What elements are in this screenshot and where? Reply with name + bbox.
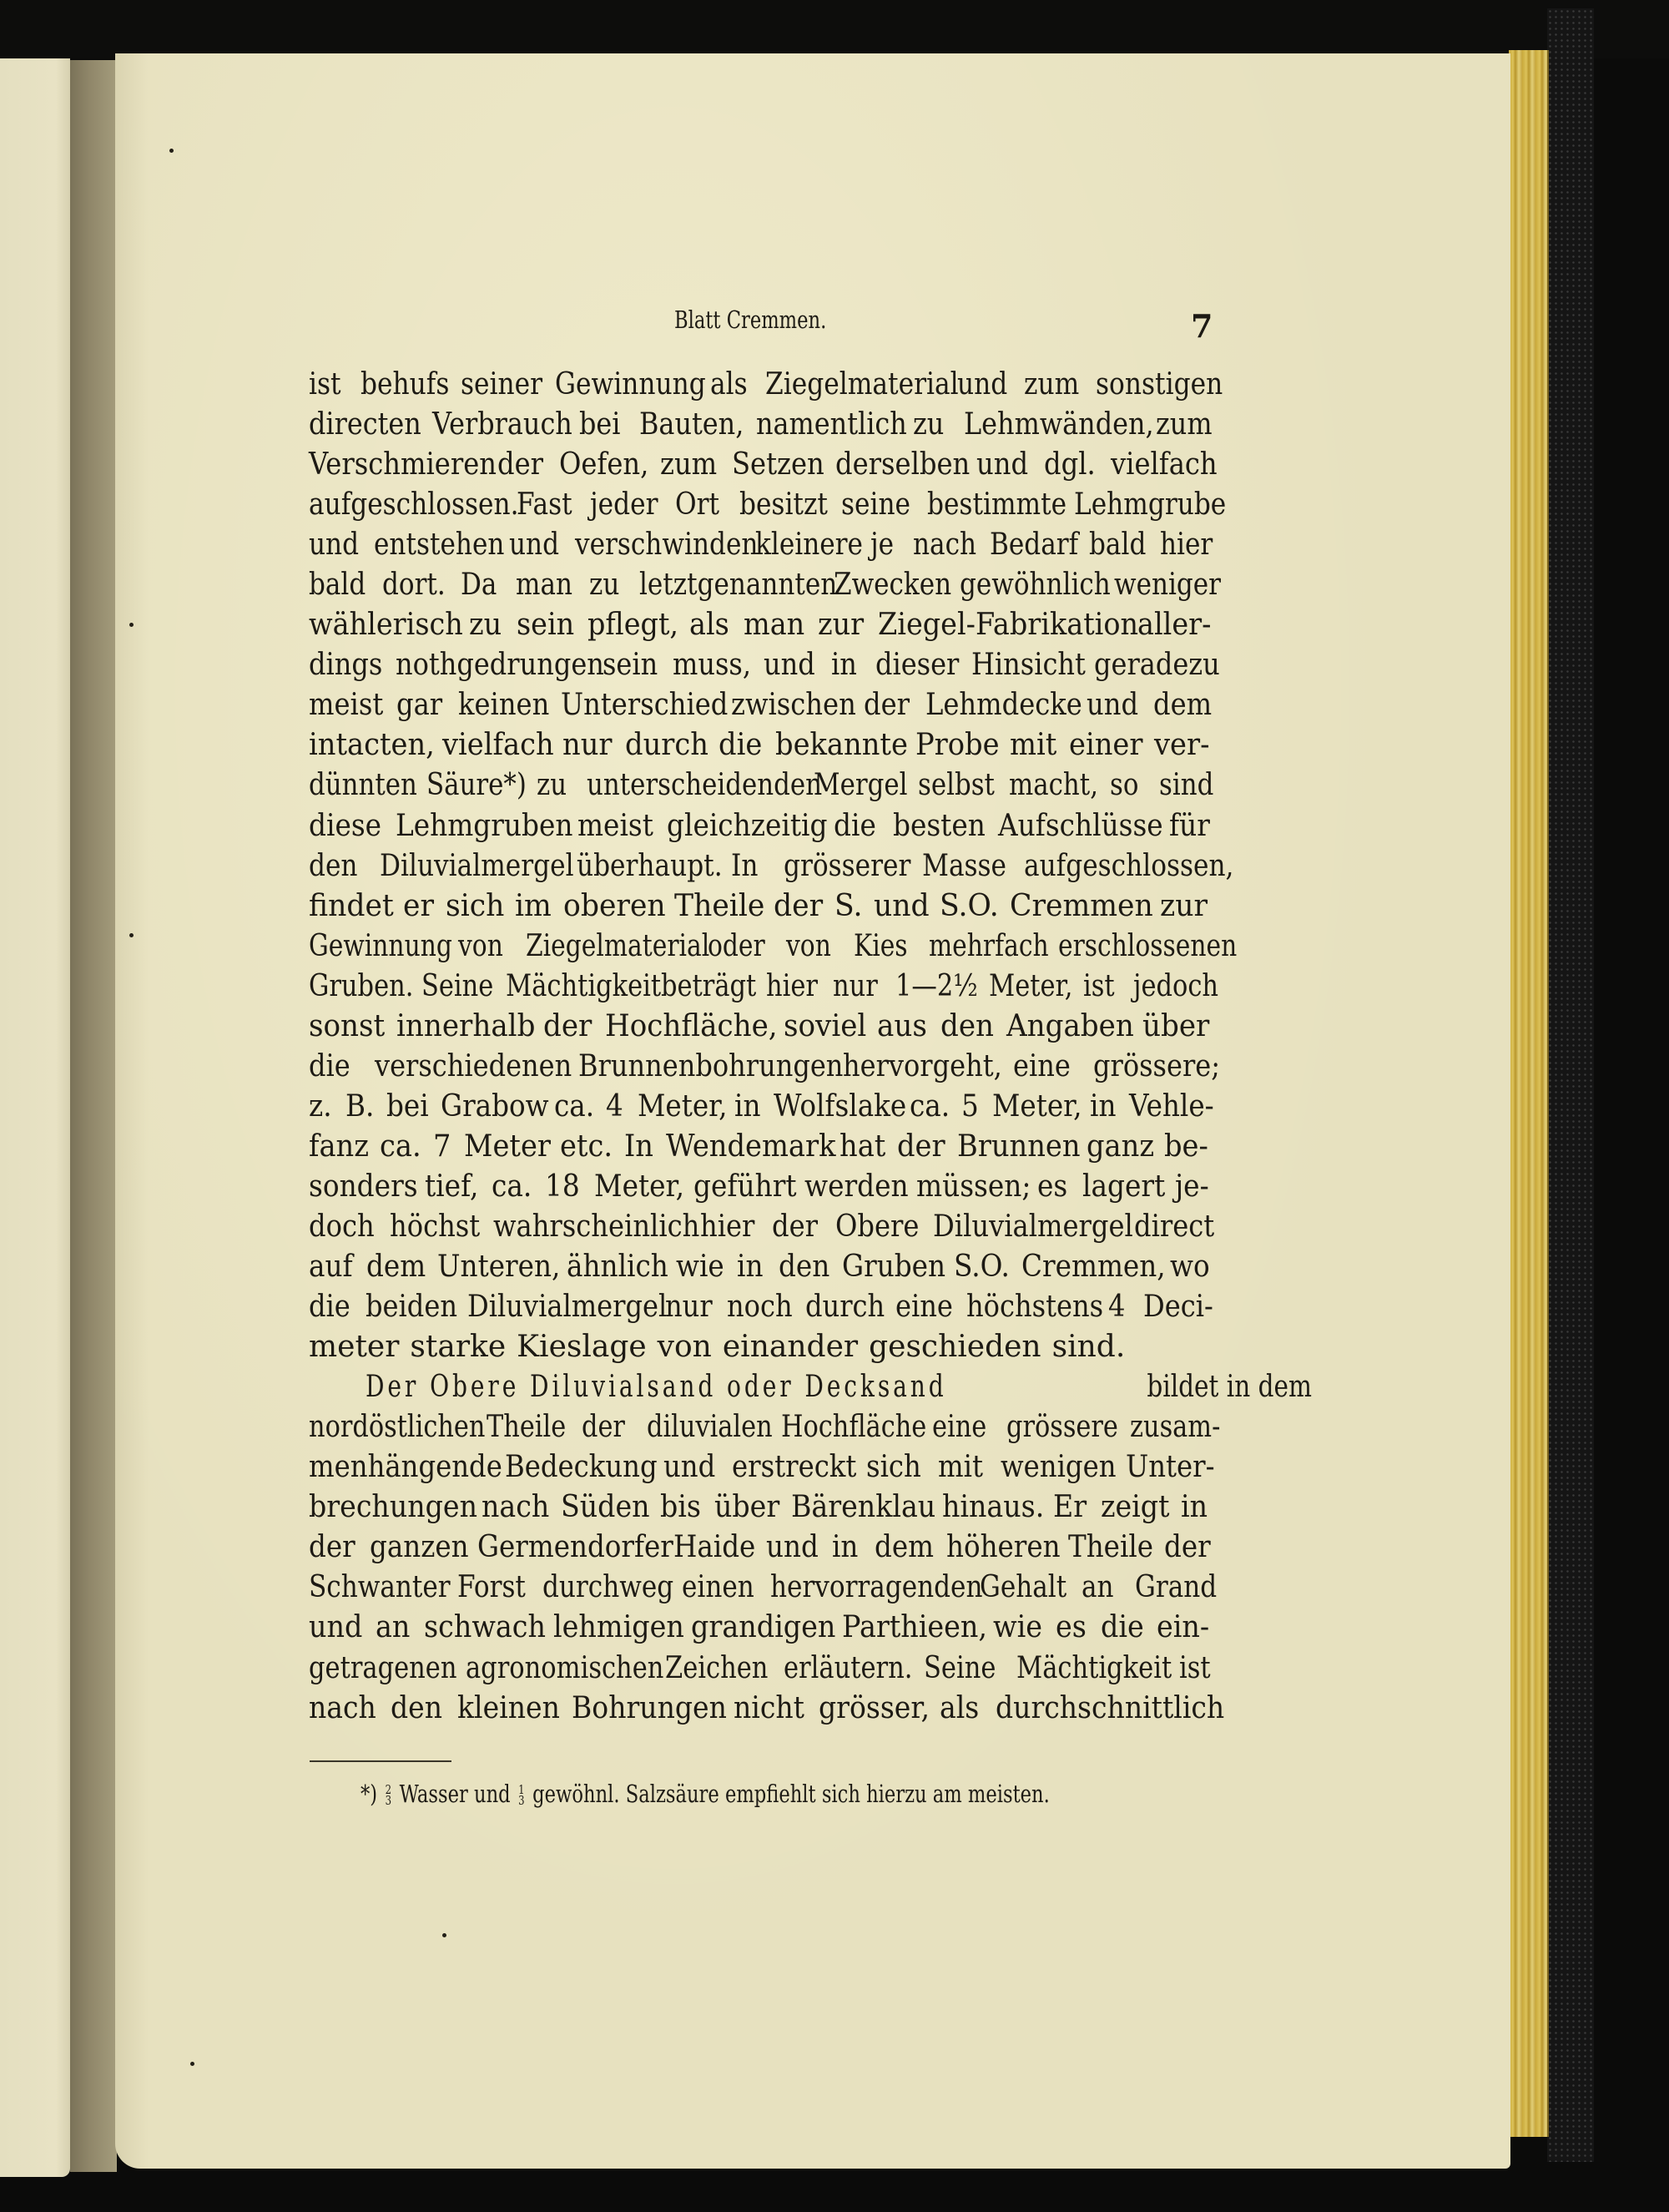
text-line: istbehufsseinerGewinnungalsZiegelmateria…	[309, 365, 1206, 405]
paper-speck	[129, 623, 134, 627]
fraction-two-thirds: 23	[386, 1785, 391, 1806]
text-line: denDiluvialmergelüberhaupt.IngrössererMa…	[309, 846, 1206, 886]
text-line: z.B.beiGrabowca.4Meter,inWolfslakeca.5Me…	[309, 1087, 1206, 1127]
text-line: sonderstief,ca.18Meter,geführtwerdenmüss…	[309, 1167, 1206, 1207]
text-line: undanschwachlehmigengrandigenParthieen,w…	[309, 1608, 1206, 1648]
text-line: nordöstlichenTheilederdiluvialenHochfläc…	[309, 1407, 1206, 1447]
book-cover-edge	[1547, 8, 1594, 2162]
text-line: meterstarkeKieslagevoneinandergeschieden…	[309, 1327, 1206, 1367]
footnote: *) 23 Wasser und 13 gewöhnl. Salzsäure e…	[361, 1780, 1050, 1808]
text-line: VerschmierenderOefen,zumSetzenderselbenu…	[309, 445, 1206, 485]
text-line: Gruben.SeineMächtigkeitbeträgthiernur1—2…	[309, 967, 1206, 1007]
running-head: Blatt Cremmen.	[674, 306, 826, 334]
text-line: findetersichimoberenTheilederS.undS.O.Cr…	[309, 886, 1206, 927]
page-number: 7	[1191, 307, 1213, 345]
text-line: dingsnothgedrungenseinmuss,undindieserHi…	[309, 645, 1206, 685]
body-text: istbehufsseinerGewinnungalsZiegelmateria…	[309, 365, 1206, 1729]
footnote-rule	[310, 1760, 451, 1762]
spaced-term: Der Obere Diluvialsand oder Decksand	[366, 1367, 947, 1407]
gilt-page-edges	[1509, 50, 1549, 2137]
text-line: aufgeschlossen.FastjederOrtbesitztseineb…	[309, 485, 1206, 525]
text-line: meistgarkeinenUnterschiedzwischenderLehm…	[309, 685, 1206, 725]
text-line: undentstehenundverschwindenkleinerejenac…	[309, 525, 1206, 565]
text-line: nachdenkleinenBohrungennichtgrösser,alsd…	[309, 1689, 1206, 1729]
text-line: sonstinnerhalbderHochfläche,sovielausden…	[309, 1007, 1206, 1047]
text-line: getragenenagronomischenZeichenerläutern.…	[309, 1649, 1206, 1689]
text-line: fanzca.7Meteretc.InWendemarkhatderBrunne…	[309, 1127, 1206, 1167]
paper-speck	[169, 149, 174, 153]
text-line: SchwanterForstdurchwegeinenhervorragende…	[309, 1568, 1206, 1608]
footnote-marker: *)	[361, 1780, 377, 1808]
fraction-one-third: 13	[518, 1785, 524, 1806]
text-line: brechungennachSüdenbisüberBärenklauhinau…	[309, 1487, 1206, 1528]
text-line: GewinnungvonZiegelmaterialodervonKiesmeh…	[309, 927, 1206, 967]
paper-speck	[129, 933, 134, 937]
text-line: wählerischzuseinpflegt,alsmanzurZiegel-F…	[309, 605, 1206, 645]
text-line-paragraph-start: Der Obere Diluvialsand oder Decksandbild…	[309, 1367, 1206, 1407]
text-line: aufdemUnteren,ähnlichwieindenGrubenS.O.C…	[309, 1247, 1206, 1287]
book-gutter-shadow	[70, 60, 117, 2172]
paper-speck	[442, 1933, 446, 1937]
text-line: dieverschiedenenBrunnenbohrungenhervorge…	[309, 1047, 1206, 1087]
left-page-edge	[0, 58, 70, 2177]
scan-background-top	[0, 0, 1669, 58]
footnote-text-1: Wasser und	[400, 1780, 511, 1808]
text-line: balddort.DamanzuletztgenanntenZweckengew…	[309, 565, 1206, 605]
text-line: menhängendeBedeckungunderstrecktsichmitw…	[309, 1447, 1206, 1487]
text-line: diebeidenDiluvialmergelnurnochdurcheineh…	[309, 1287, 1206, 1327]
text-line: directenVerbrauchbeiBauten,namentlichzuL…	[309, 405, 1206, 445]
text-line: dünntenSäure*)zuunterscheidendenMergelse…	[309, 765, 1206, 806]
text-line: dochhöchstwahrscheinlichhierderObereDilu…	[309, 1207, 1206, 1247]
text-line: intacten,vielfachnurdurchdiebekannteProb…	[309, 725, 1206, 765]
paper-speck	[190, 2062, 194, 2066]
footnote-text-2: gewöhnl. Salzsäure empfiehlt sich hierzu…	[532, 1780, 1050, 1808]
text-line: derganzenGermendorferHaideundindemhöhere…	[309, 1528, 1206, 1568]
text-line: dieseLehmgrubenmeistgleichzeitigdiebeste…	[309, 806, 1206, 846]
